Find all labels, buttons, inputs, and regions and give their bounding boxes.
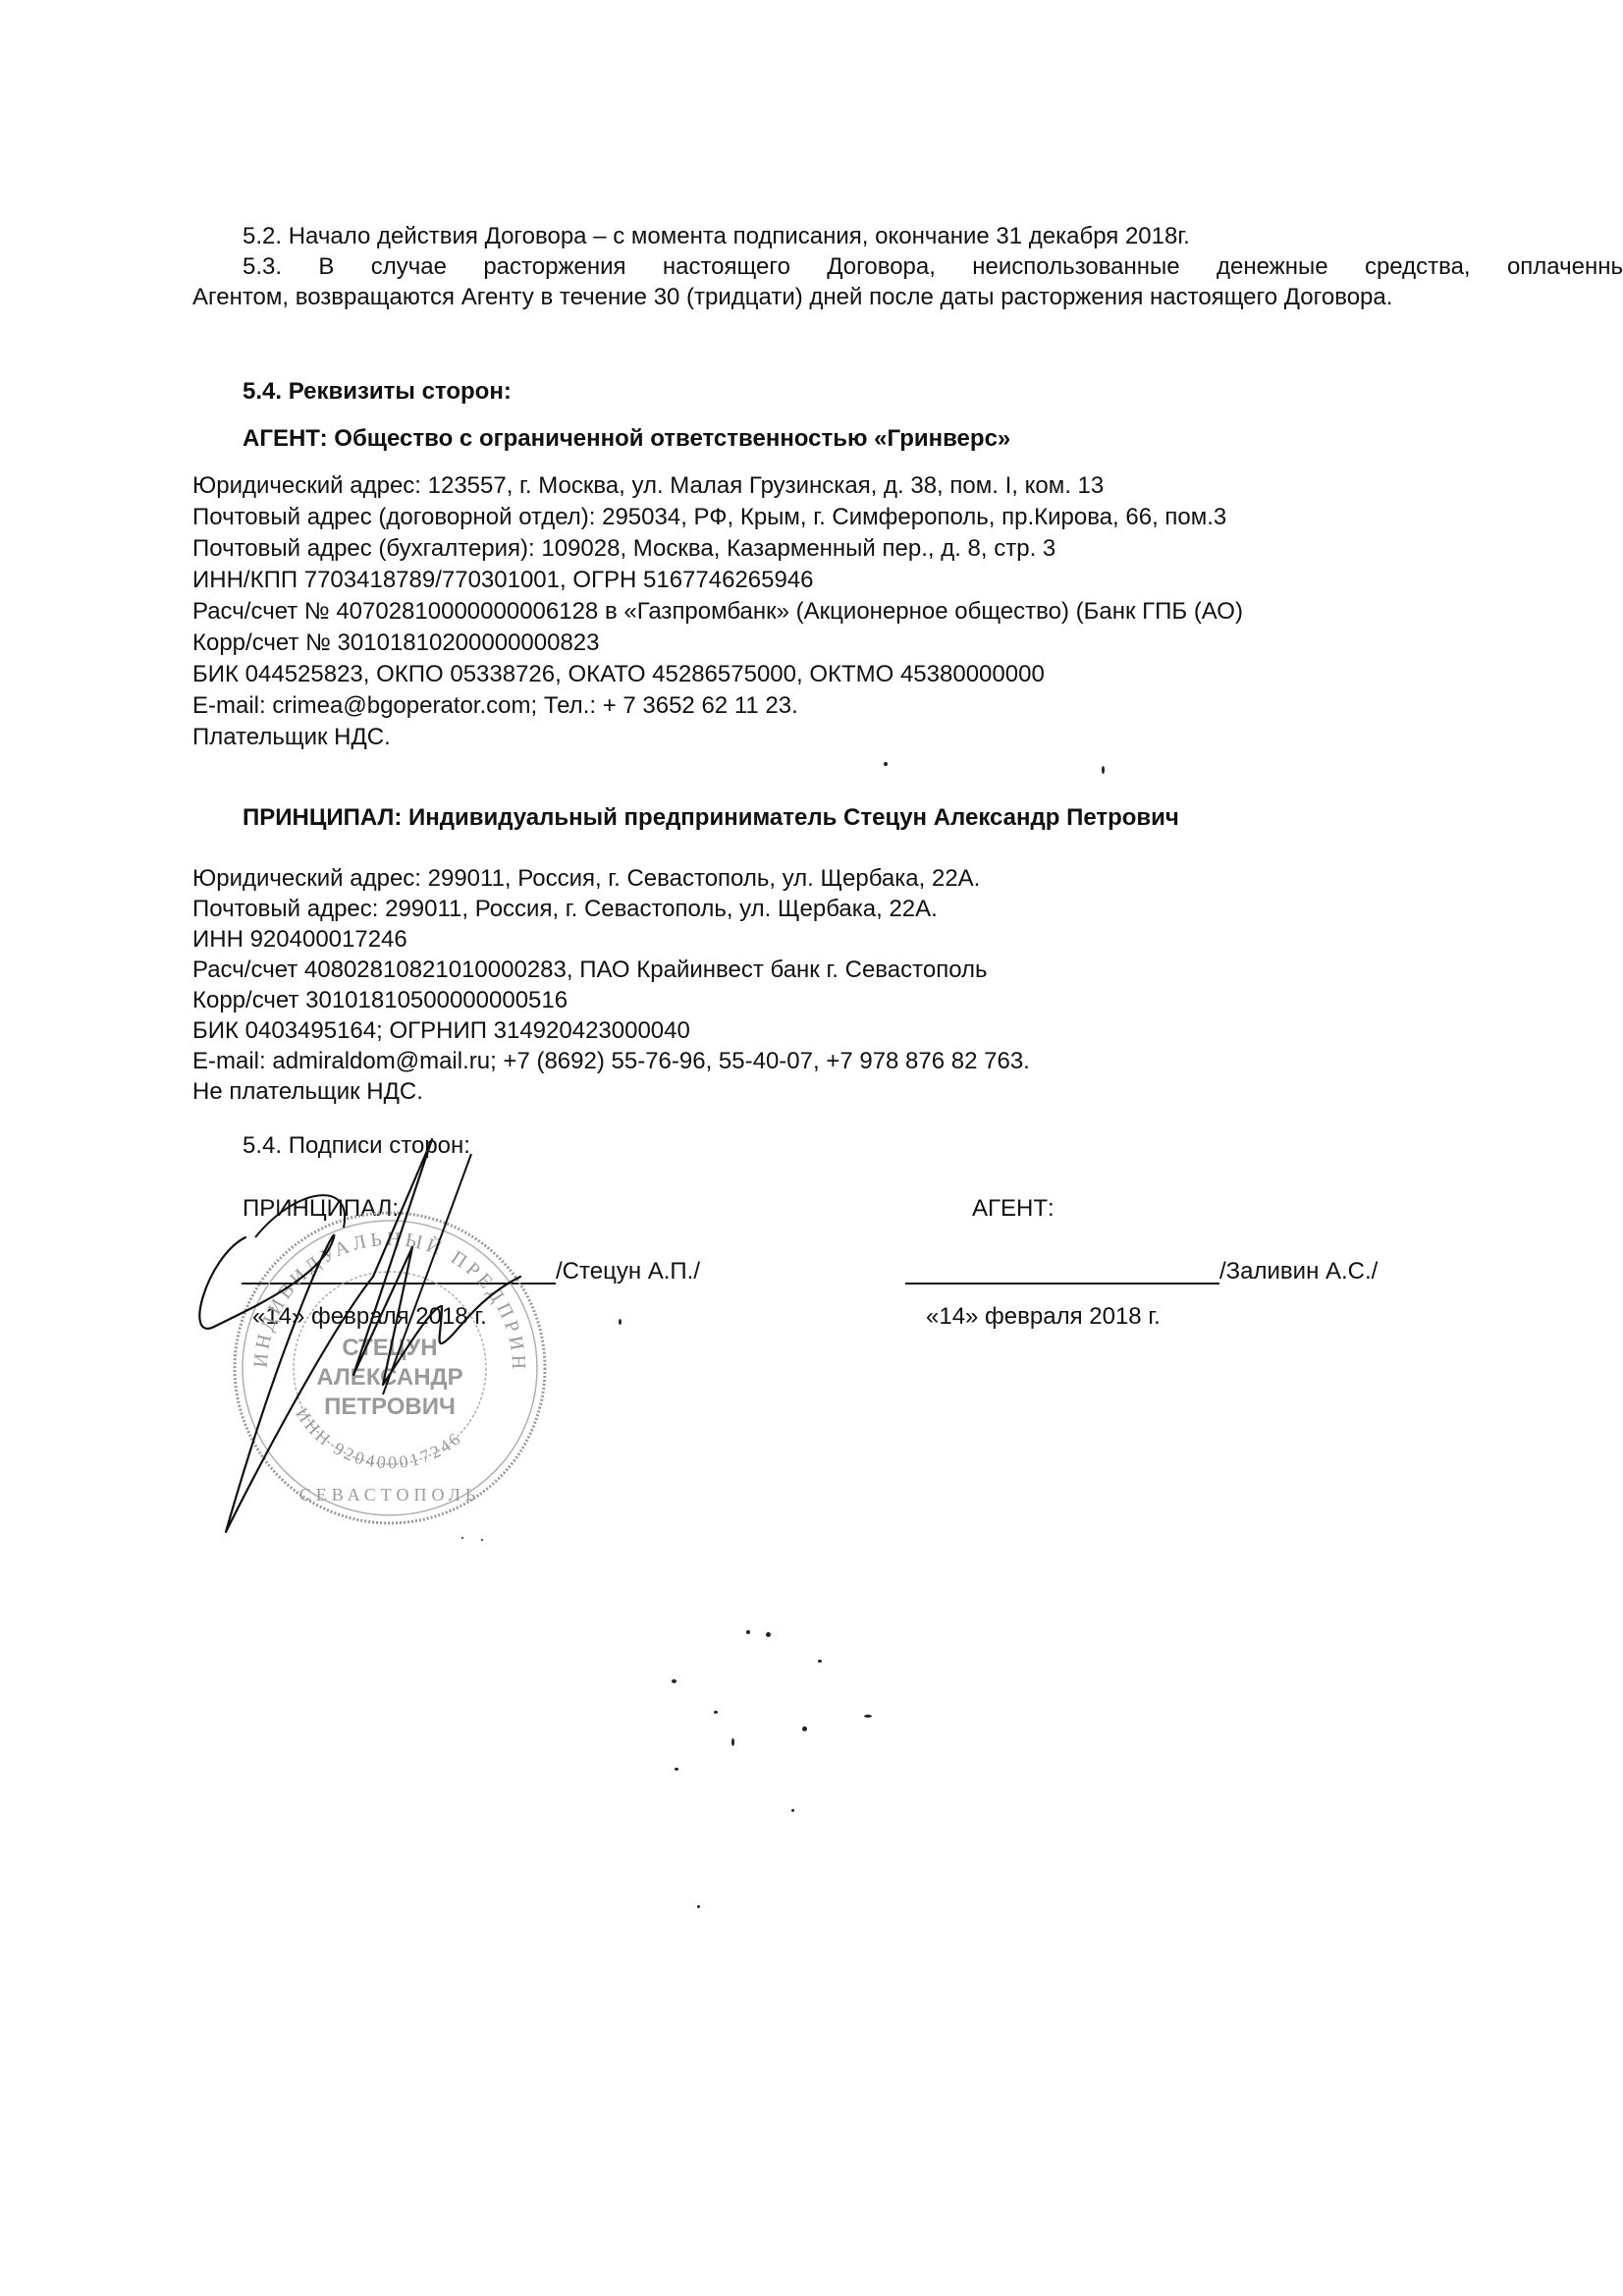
clause-5-3-line1: 5.3. В случае расторжения настоящего Дог… [243,252,1623,282]
principal-postal-address: Почтовый адрес: 299011, Россия, г. Севас… [192,895,938,924]
principal-title: ПРИНЦИПАЛ: Индивидуальный предпринимател… [243,803,1179,833]
svg-text:ПЕТРОВИЧ: ПЕТРОВИЧ [324,1394,456,1420]
agent-contacts: E-mail: crimea@bgoperator.com; Тел.: + 7… [192,691,798,721]
signatures-heading: 5.4. Подписи сторон: [243,1131,470,1161]
principal-vat-status: Не плательщик НДС. [192,1077,423,1107]
agent-postal-address-accounting: Почтовый адрес (бухгалтерия): 109028, Мо… [192,534,1055,564]
company-seal-icon: ИНДИВИДУАЛЬНЫЙ ПРЕДПРИНИМАТЕЛЬ ИНН 92040… [228,1206,552,1530]
principal-bank-codes: БИК 0403495164; ОГРНИП 314920423000040 [192,1016,690,1046]
svg-text:СТЕЦУН: СТЕЦУН [342,1335,437,1361]
agent-inn-kpp-ogrn: ИНН/КПП 7703418789/770301001, ОГРН 51677… [192,566,814,595]
clause-5-2: 5.2. Начало действия Договора – с момент… [243,222,1190,251]
principal-settlement-account: Расч/счет 40802810821010000283, ПАО Край… [192,956,988,985]
principal-contacts: E-mail: admiraldom@mail.ru; +7 (8692) 55… [192,1047,1030,1076]
principal-signatory-name: /Стецун А.П./ [556,1257,700,1286]
svg-text:АЛЕКСАНДР: АЛЕКСАНДР [316,1364,462,1391]
agent-postal-address-contracts: Почтовый адрес (договорной отдел): 29503… [192,503,1226,532]
agent-signature-date: «14» февраля 2018 г. [926,1302,1161,1332]
agent-signatory-name: /Заливин А.С./ [1219,1257,1378,1286]
agent-legal-address: Юридический адрес: 123557, г. Москва, ул… [192,471,1104,501]
agent-bank-codes: БИК 044525823, ОКПО 05338726, ОКАТО 4528… [192,660,1045,689]
principal-inn: ИНН 920400017246 [192,925,407,955]
svg-text:СЕВАСТОПОЛЬ: СЕВАСТОПОЛЬ [299,1485,480,1504]
requisites-heading: 5.4. Реквизиты сторон: [243,377,512,407]
agent-settlement-account: Расч/счет № 40702810000000006128 в «Газп… [192,597,1243,627]
agent-signature-line [905,1283,1219,1285]
agent-correspondent-account: Корр/счет № 30101810200000000823 [192,629,600,658]
principal-correspondent-account: Корр/счет 30101810500000000516 [192,986,568,1015]
clause-5-3-line2: Агентом, возвращаются Агенту в течение 3… [192,283,1392,312]
agent-vat-status: Плательщик НДС. [192,723,391,752]
principal-legal-address: Юридический адрес: 299011, Россия, г. Се… [192,864,980,894]
agent-title: АГЕНТ: Общество с ограниченной ответстве… [243,424,1010,454]
agent-signature-label: АГЕНТ: [972,1194,1055,1224]
